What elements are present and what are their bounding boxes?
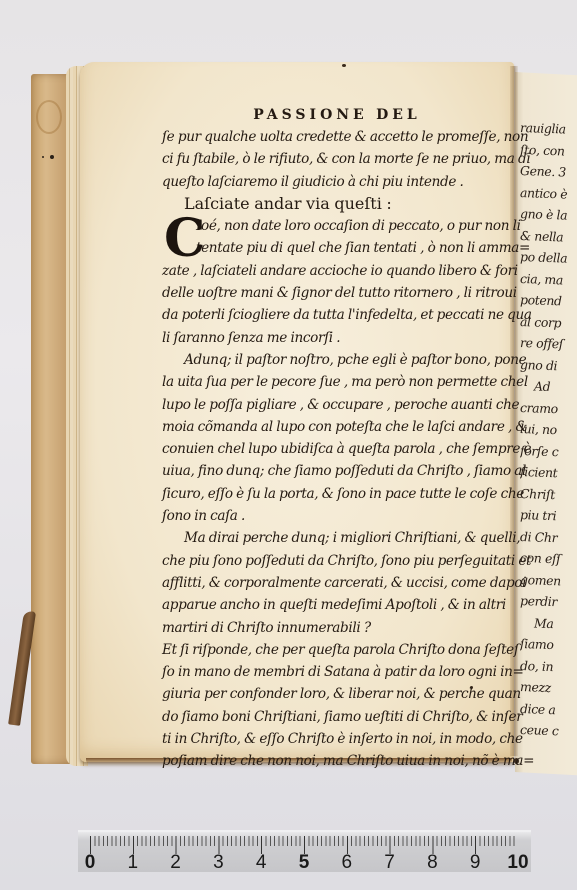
text-line: antico è <box>520 181 577 205</box>
ruler-label: 7 <box>384 852 395 874</box>
text-line: al corp <box>520 310 577 334</box>
worm-hole <box>50 155 54 159</box>
text-line: Ad <box>520 375 577 399</box>
facing-page-text: rauiglia ſto, con Gene. 3 antico è gno è… <box>520 117 577 743</box>
text-line: ficient <box>520 461 577 485</box>
ruler-label: 4 <box>256 852 267 874</box>
water-stain <box>36 100 62 134</box>
text-line: da poterli ſciogliere da tutta l'infedel… <box>162 304 492 326</box>
text-line: ti in Chriſto, & eſſo Chriſto è inſerto … <box>162 728 492 750</box>
text-line: martiri di Chriſto innumerabili ? <box>162 617 492 639</box>
ruler-label: 5 <box>299 852 310 874</box>
ruler-label: 10 <box>507 852 528 874</box>
page-text: PASSIONE DEL ſe pur qualche uolta credet… <box>162 104 492 773</box>
text-line: potend <box>520 289 577 313</box>
text-line: gno di <box>520 353 577 377</box>
ruler-label: 2 <box>170 852 181 874</box>
text-line: do ſiamo boni Chriſtiani, ſiamo ueſtiti … <box>162 706 492 728</box>
paragraph-2: Adunq; il paſtor noſtro, pche egli è paſ… <box>162 349 492 527</box>
ruler-label: 6 <box>342 852 353 874</box>
text-line: Et ſi riſponde, che per queſta parola Ch… <box>162 639 492 661</box>
text-line: re offeſ <box>520 332 577 356</box>
text-line: ſe pur qualche uolta credette & accetto … <box>162 126 492 148</box>
text-line: ſiamo <box>520 633 577 657</box>
text-line: apparue ancho in queſti medeſimi Apoſtol… <box>162 594 492 616</box>
text-line: forſe c <box>520 439 577 463</box>
text-line: Ioé, non date loro occaſion di peccato, … <box>162 215 492 237</box>
text-line: po della <box>520 246 577 270</box>
text-line: di Chr <box>520 525 577 549</box>
text-line: li ſaranno ſenza me incorſi . <box>162 327 492 349</box>
text-line: cia, ma <box>520 267 577 291</box>
text-line: ſo in mano de membri di Satana à patir d… <box>162 661 492 683</box>
text-line: ceue c <box>520 719 577 743</box>
paragraph-1: C Ioé, non date loro occaſion di peccato… <box>162 215 492 349</box>
text-line: & nella <box>520 224 577 248</box>
text-line: ſicuro, eſſo è ſu la porta, & ſono in pa… <box>162 483 492 505</box>
text-line: ſto, con <box>520 138 577 162</box>
text-line: queſto laſciaremo il giudicio à chi piu … <box>162 171 492 193</box>
scale-ruler: 0 1 2 3 4 5 6 7 8 9 10 <box>78 830 531 872</box>
text-line: moia cõmanda al lupo con poteſta che le … <box>162 416 492 438</box>
running-head: PASSIONE DEL <box>182 104 492 126</box>
ruler-label: 9 <box>470 852 481 874</box>
text-line: gomen <box>520 568 577 592</box>
text-line: Ma <box>520 611 577 635</box>
book-photograph: PASSIONE DEL ſe pur qualche uolta credet… <box>0 0 577 890</box>
text-line: giuria per confonder loro, & liberar noi… <box>162 683 492 705</box>
text-line: dice a <box>520 697 577 721</box>
ruler-label: 8 <box>427 852 438 874</box>
text-line: ſono in caſa . <box>162 505 492 527</box>
text-line: la uita ſua per le pecore ſue , ma però … <box>162 371 492 393</box>
text-line: lupo le poſſa pigliare , & occupare , pe… <box>162 394 492 416</box>
text-line: Adunq; il paſtor noſtro, pche egli è paſ… <box>162 349 492 371</box>
ruler-labels: 0 1 2 3 4 5 6 7 8 9 10 <box>78 852 531 872</box>
paragraph-4: Et ſi riſponde, che per queſta parola Ch… <box>162 639 492 773</box>
text-line: cramo <box>520 396 577 420</box>
text-line: conuien chel lupo ubidiſca à queſta paro… <box>162 438 492 460</box>
text-line: poſiam dire che non noi, ma Chriſto uiua… <box>162 750 492 772</box>
text-line: perdir <box>520 590 577 614</box>
text-line: zate , laſciateli andare accioche io qua… <box>162 260 492 282</box>
text-line: piu tri <box>520 504 577 528</box>
ruler-label: 1 <box>128 852 139 874</box>
worm-hole <box>42 156 44 158</box>
drop-cap: C <box>164 216 205 262</box>
text-line: con eſſ <box>520 547 577 571</box>
text-line: tentate piu di quel che ſian tentati , ò… <box>162 237 492 259</box>
text-line: afflitti, & corporalmente carcerati, & u… <box>162 572 492 594</box>
text-line: che piu ſono poſſeduti da Chriſto, ſono … <box>162 550 492 572</box>
text-line: lui, no <box>520 418 577 442</box>
section-heading: Laſciate andar via queſti : <box>162 193 492 215</box>
ruler-label: 0 <box>85 852 96 874</box>
ruler-label: 3 <box>213 852 224 874</box>
text-line: Chriſt <box>520 482 577 506</box>
text-line: Ma dirai perche dunq; i migliori Chriſti… <box>162 527 492 549</box>
text-line: rauiglia <box>520 117 577 141</box>
text-line: ci fu ſtabile, ò le rifiuto, & con la mo… <box>162 148 492 170</box>
text-line: mezz <box>520 676 577 700</box>
paragraph-3: Ma dirai perche dunq; i migliori Chriſti… <box>162 527 492 638</box>
text-line: Gene. 3 <box>520 160 577 184</box>
text-line: uiua, fino dunq; che ſiamo poſſeduti da … <box>162 460 492 482</box>
text-line: delle uoſtre mani & ſignor del tutto rit… <box>162 282 492 304</box>
text-line: gno è la <box>520 203 577 227</box>
text-line: do, in <box>520 654 577 678</box>
paper-speck <box>342 64 346 67</box>
